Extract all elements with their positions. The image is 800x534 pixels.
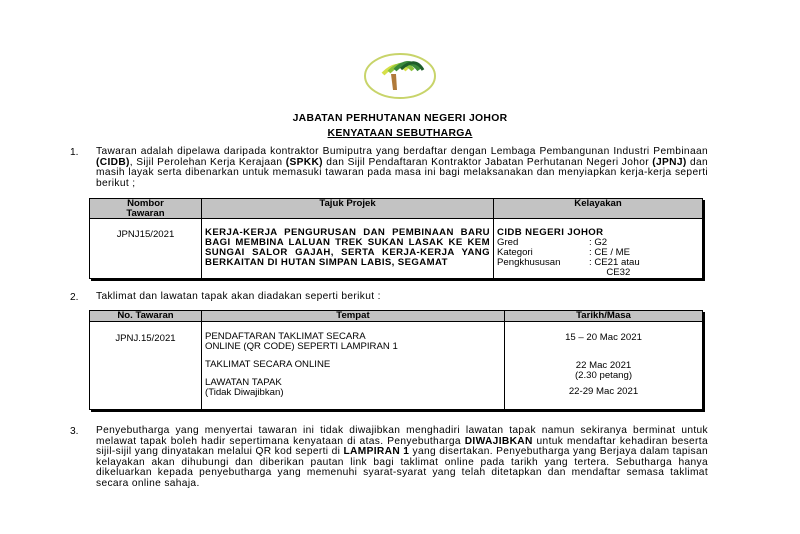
tarikh-line: 22 Mac 2021 xyxy=(508,361,699,371)
section-2-text: Taklimat dan lawatan tapak akan diadakan… xyxy=(96,292,381,303)
tajuk-projek-cell: KERJA-KERJA PENGURUSAN DAN PEMBINAAN BAR… xyxy=(202,219,494,279)
tempat-line: LAWATAN TAPAK xyxy=(205,378,501,388)
tempat-line: TAKLIMAT SECARA ONLINE xyxy=(205,360,501,370)
tender-table-header: NomborTawaran Tajuk Projek Kelayakan xyxy=(90,199,703,219)
tarikh-entry: 22 Mac 2021(2.30 petang) xyxy=(508,361,699,381)
section-3-text: Penyebutharga yang menyertai tawaran ini… xyxy=(96,426,708,490)
kelayakan-cell: CIDB NEGERI JOHOR Gred: G2Kategori: CE /… xyxy=(494,219,703,279)
body-text: , Sijil Perolehan Kerja Kerajaan xyxy=(130,157,286,168)
header-tempat: Tempat xyxy=(202,311,505,322)
tempat-entry: LAWATAN TAPAK(Tidak Diwajibkan) xyxy=(205,378,501,398)
briefing-table-header: No. Tawaran Tempat Tarikh/Masa xyxy=(90,311,703,322)
tarikh-line: 15 – 20 Mac 2021 xyxy=(508,333,699,343)
nombor-tawaran-cell: JPNJ15/2021 xyxy=(90,219,202,279)
briefing-table: No. Tawaran Tempat Tarikh/Masa JPNJ.15/2… xyxy=(89,310,703,410)
organization-title: JABATAN PERHUTANAN NEGERI JOHOR xyxy=(0,113,800,124)
emphasis-text: (SPKK) xyxy=(286,157,323,168)
tarikh-line: 22-29 Mac 2021 xyxy=(508,387,699,397)
document-title: KENYATAAN SEBUTHARGA xyxy=(0,128,800,139)
header-kelayakan: Kelayakan xyxy=(494,199,703,219)
tempat-entry: PENDAFTARAN TAKLIMAT SECARAONLINE (QR CO… xyxy=(205,332,501,352)
kelayakan-label xyxy=(497,268,589,278)
emphasis-text: LAMPIRAN 1 xyxy=(343,446,409,457)
tarikh-entry: 22-29 Mac 2021 xyxy=(508,387,699,397)
emphasis-text: (JPNJ) xyxy=(652,157,686,168)
header-nombor-tawaran: NomborTawaran xyxy=(90,199,202,219)
kelayakan-row: CE32 xyxy=(497,268,699,278)
section-2-number: 2. xyxy=(70,292,79,303)
kelayakan-value: CE32 xyxy=(589,268,630,278)
tempat-line: ONLINE (QR CODE) SEPERTI LAMPIRAN 1 xyxy=(205,342,501,352)
section-1-number: 1. xyxy=(70,147,79,158)
body-text: dan Sijil Pendaftaran Kontraktor Jabatan… xyxy=(323,157,652,168)
tarikh-entry: 15 – 20 Mac 2021 xyxy=(508,333,699,343)
tempat-cell: PENDAFTARAN TAKLIMAT SECARAONLINE (QR CO… xyxy=(202,321,505,409)
header-tajuk-projek: Tajuk Projek xyxy=(202,199,494,219)
section-1-text: Tawaran adalah dipelawa daripada kontrak… xyxy=(96,147,708,189)
tempat-line: (Tidak Diwajibkan) xyxy=(205,388,501,398)
table-row: JPNJ.15/2021 PENDAFTARAN TAKLIMAT SECARA… xyxy=(90,321,703,409)
tender-table: NomborTawaran Tajuk Projek Kelayakan JPN… xyxy=(89,198,703,279)
document-page: JABATAN PERHUTANAN NEGERI JOHOR KENYATAA… xyxy=(0,0,800,534)
kelayakan-label: Pengkhususan xyxy=(497,258,589,268)
emphasis-text: (CIDB) xyxy=(96,157,130,168)
tempat-entry: TAKLIMAT SECARA ONLINE xyxy=(205,360,501,370)
no-tawaran-cell: JPNJ.15/2021 xyxy=(90,321,202,409)
kelayakan-row: Pengkhususan: CE21 atau xyxy=(497,258,699,268)
table-row: JPNJ15/2021 KERJA-KERJA PENGURUSAN DAN P… xyxy=(90,219,703,279)
kelayakan-items: Gred: G2Kategori: CE / MEPengkhususan: C… xyxy=(497,238,699,278)
body-text: Tawaran adalah dipelawa daripada kontrak… xyxy=(96,146,708,157)
emphasis-text: DIWAJIBKAN xyxy=(465,436,533,447)
header-tarikh-masa: Tarikh/Masa xyxy=(505,311,703,322)
tarikh-masa-cell: 15 – 20 Mac 202122 Mac 2021(2.30 petang)… xyxy=(505,321,703,409)
tempat-line: PENDAFTARAN TAKLIMAT SECARA xyxy=(205,332,501,342)
header-no-tawaran: No. Tawaran xyxy=(90,311,202,322)
tarikh-line: (2.30 petang) xyxy=(508,371,699,381)
header-text: Tawaran xyxy=(93,209,198,219)
perhutanan-logo-icon xyxy=(363,52,437,100)
section-3-number: 3. xyxy=(70,426,79,437)
